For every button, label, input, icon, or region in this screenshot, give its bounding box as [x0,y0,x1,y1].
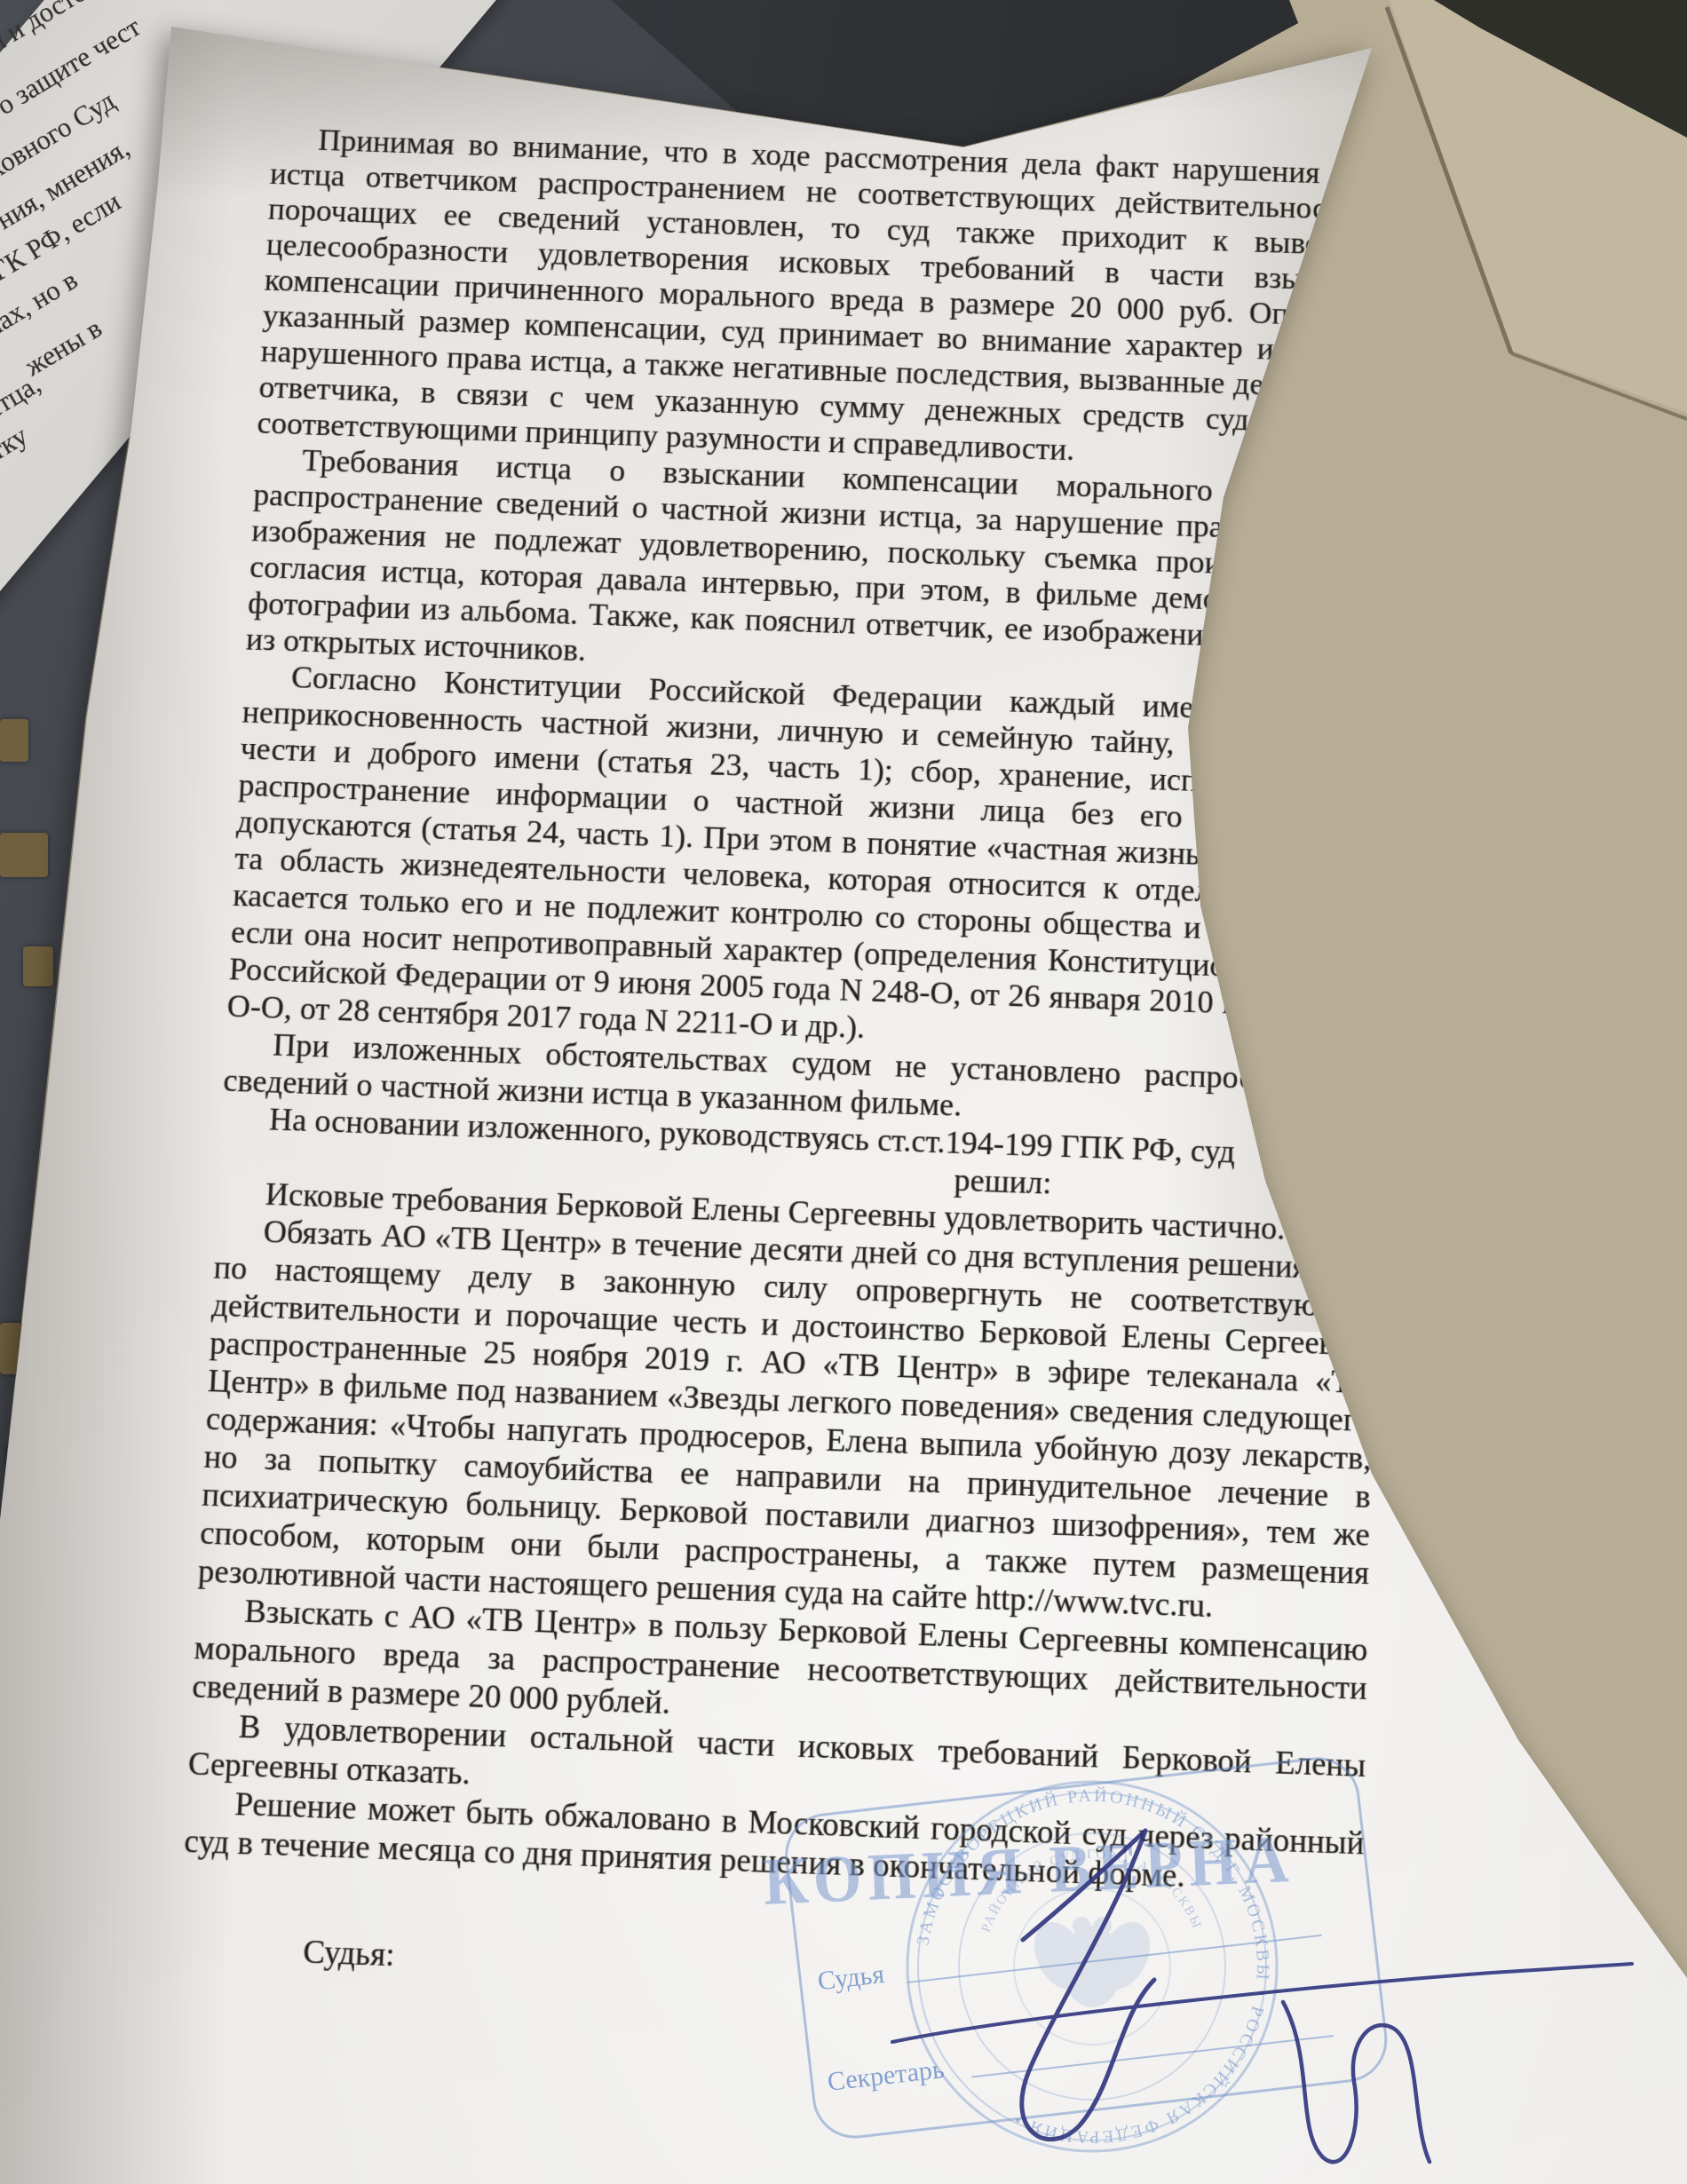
decision-text-block: Принимая во внимание, что в ходе рассмот… [178,122,1395,2009]
court-decision-page: Принимая во внимание, что в ходе рассмот… [0,0,1687,2184]
paragraph: Обязать АО «ТВ Центр» в течение десяти д… [197,1212,1375,1632]
main-page-shadow: Принимая во внимание, что в ходе рассмот… [0,0,1687,2184]
paragraph: Принимая во внимание, что в ходе рассмот… [257,122,1396,479]
paragraph: Требования истца о взыскании компенсации… [245,442,1390,697]
photo-of-court-decision: сти и достоин м о защите чест ховного Су… [0,0,1687,2184]
paragraph: Согласно Конституции Российской Федераци… [226,659,1386,1065]
judge-signature [843,1793,1687,2184]
